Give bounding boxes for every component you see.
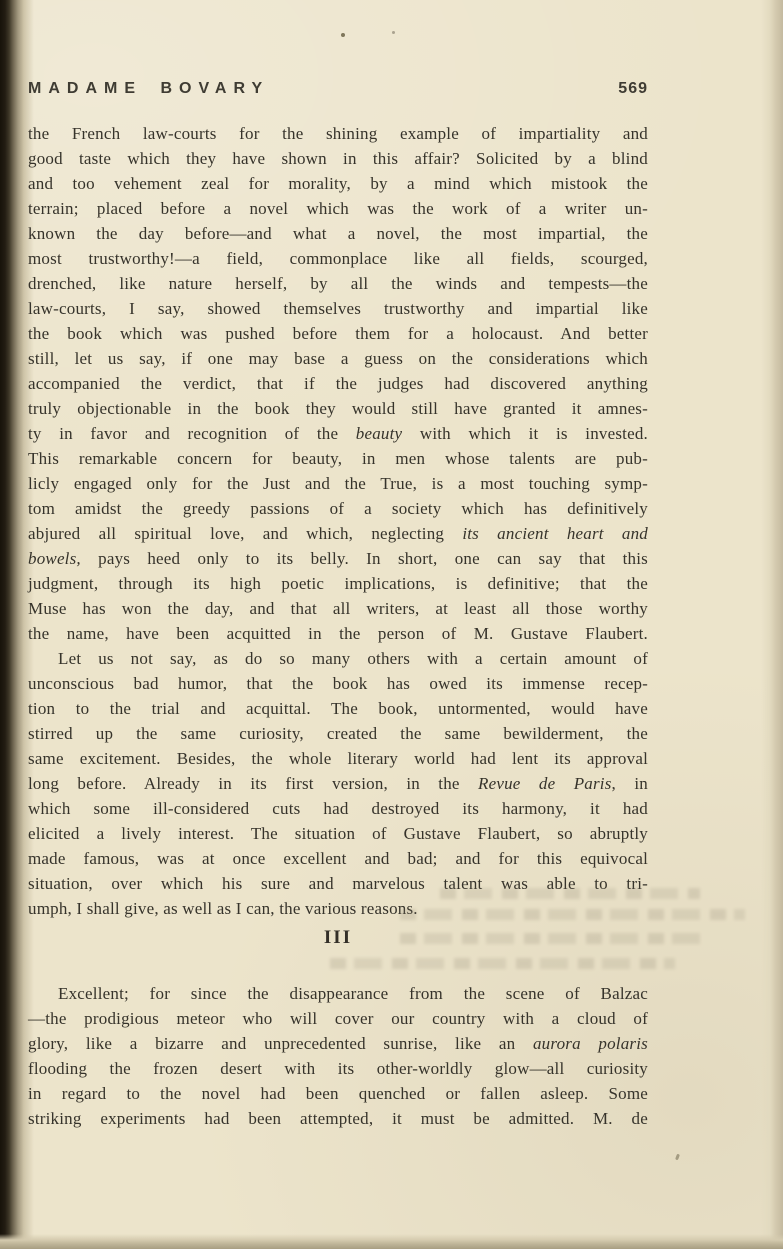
text-line: terrain; placed before a novel which was… <box>28 196 648 221</box>
text-line: tom amidst the greedy passions of a soci… <box>28 496 648 521</box>
text-line: good taste which they have shown in this… <box>28 146 648 171</box>
text-line: elicited a lively interest. The situatio… <box>28 821 648 846</box>
text-line: accompanied the verdict, that if the jud… <box>28 371 648 396</box>
text-line: abjured all spiritual love, and which, n… <box>28 521 648 546</box>
showthrough-smudge <box>330 958 675 969</box>
text-line: made famous, was at once excellent and b… <box>28 846 648 871</box>
paper-speck <box>341 33 345 37</box>
paragraph: Excellent; for since the disappearance f… <box>28 981 648 1131</box>
book-page: MADAME BOVARY 569 the French law-courts … <box>0 0 783 1249</box>
text-line: long before. Already in its first versio… <box>28 771 648 796</box>
text-line: known the day before—and what a novel, t… <box>28 221 648 246</box>
paper-speck <box>392 31 395 34</box>
page-bottom-edge <box>0 1234 783 1249</box>
text-line: ty in favor and recognition of the beaut… <box>28 421 648 446</box>
paragraph: the French law-courts for the shining ex… <box>28 121 648 646</box>
showthrough-smudge <box>400 933 705 944</box>
book-title: MADAME BOVARY <box>28 80 269 98</box>
paragraph: Let us not say, as do so many others wit… <box>28 646 648 921</box>
text-line: judgment, through its high poetic implic… <box>28 571 648 596</box>
paper-speck <box>675 1154 680 1161</box>
showthrough-smudge <box>440 888 700 899</box>
text-line: and too vehement zeal for morality, by a… <box>28 171 648 196</box>
text-line: drenched, like nature herself, by all th… <box>28 271 648 296</box>
text-line: the book which was pushed before them fo… <box>28 321 648 346</box>
text-line: striking experiments had been attempted,… <box>28 1106 648 1131</box>
page-right-edge <box>761 0 783 1249</box>
text-line: same excitement. Besides, the whole lite… <box>28 746 648 771</box>
running-header: MADAME BOVARY 569 <box>28 80 648 98</box>
text-line: Let us not say, as do so many others wit… <box>28 646 648 671</box>
text-line: the French law-courts for the shining ex… <box>28 121 648 146</box>
text-line: Muse has won the day, and that all write… <box>28 596 648 621</box>
text-line: law-courts, I say, showed themselves tru… <box>28 296 648 321</box>
text-line: still, let us say, if one may base a gue… <box>28 346 648 371</box>
page-number: 569 <box>618 80 648 98</box>
page-body: the French law-courts for the shining ex… <box>28 121 648 1131</box>
text-line: glory, like a bizarre and unprecedented … <box>28 1031 648 1056</box>
text-line: —the prodigious meteor who will cover ou… <box>28 1006 648 1031</box>
text-line: licly engaged only for the Just and the … <box>28 471 648 496</box>
text-line: This remarkable concern for beauty, in m… <box>28 446 648 471</box>
text-line: flooding the frozen desert with its othe… <box>28 1056 648 1081</box>
showthrough-smudge <box>400 909 745 920</box>
text-line: Excellent; for since the disappearance f… <box>28 981 648 1006</box>
text-line: truly objectionable in the book they wou… <box>28 396 648 421</box>
text-line: unconscious bad humor, that the book has… <box>28 671 648 696</box>
text-line: which some ill-considered cuts had destr… <box>28 796 648 821</box>
text-line: the name, have been acquitted in the per… <box>28 621 648 646</box>
text-line: bowels, pays heed only to its belly. In … <box>28 546 648 571</box>
text-line: in regard to the novel had been quenched… <box>28 1081 648 1106</box>
text-line: stirred up the same curiosity, created t… <box>28 721 648 746</box>
text-line: tion to the trial and acquittal. The boo… <box>28 696 648 721</box>
text-line: most trustworthy!—a field, commonplace l… <box>28 246 648 271</box>
